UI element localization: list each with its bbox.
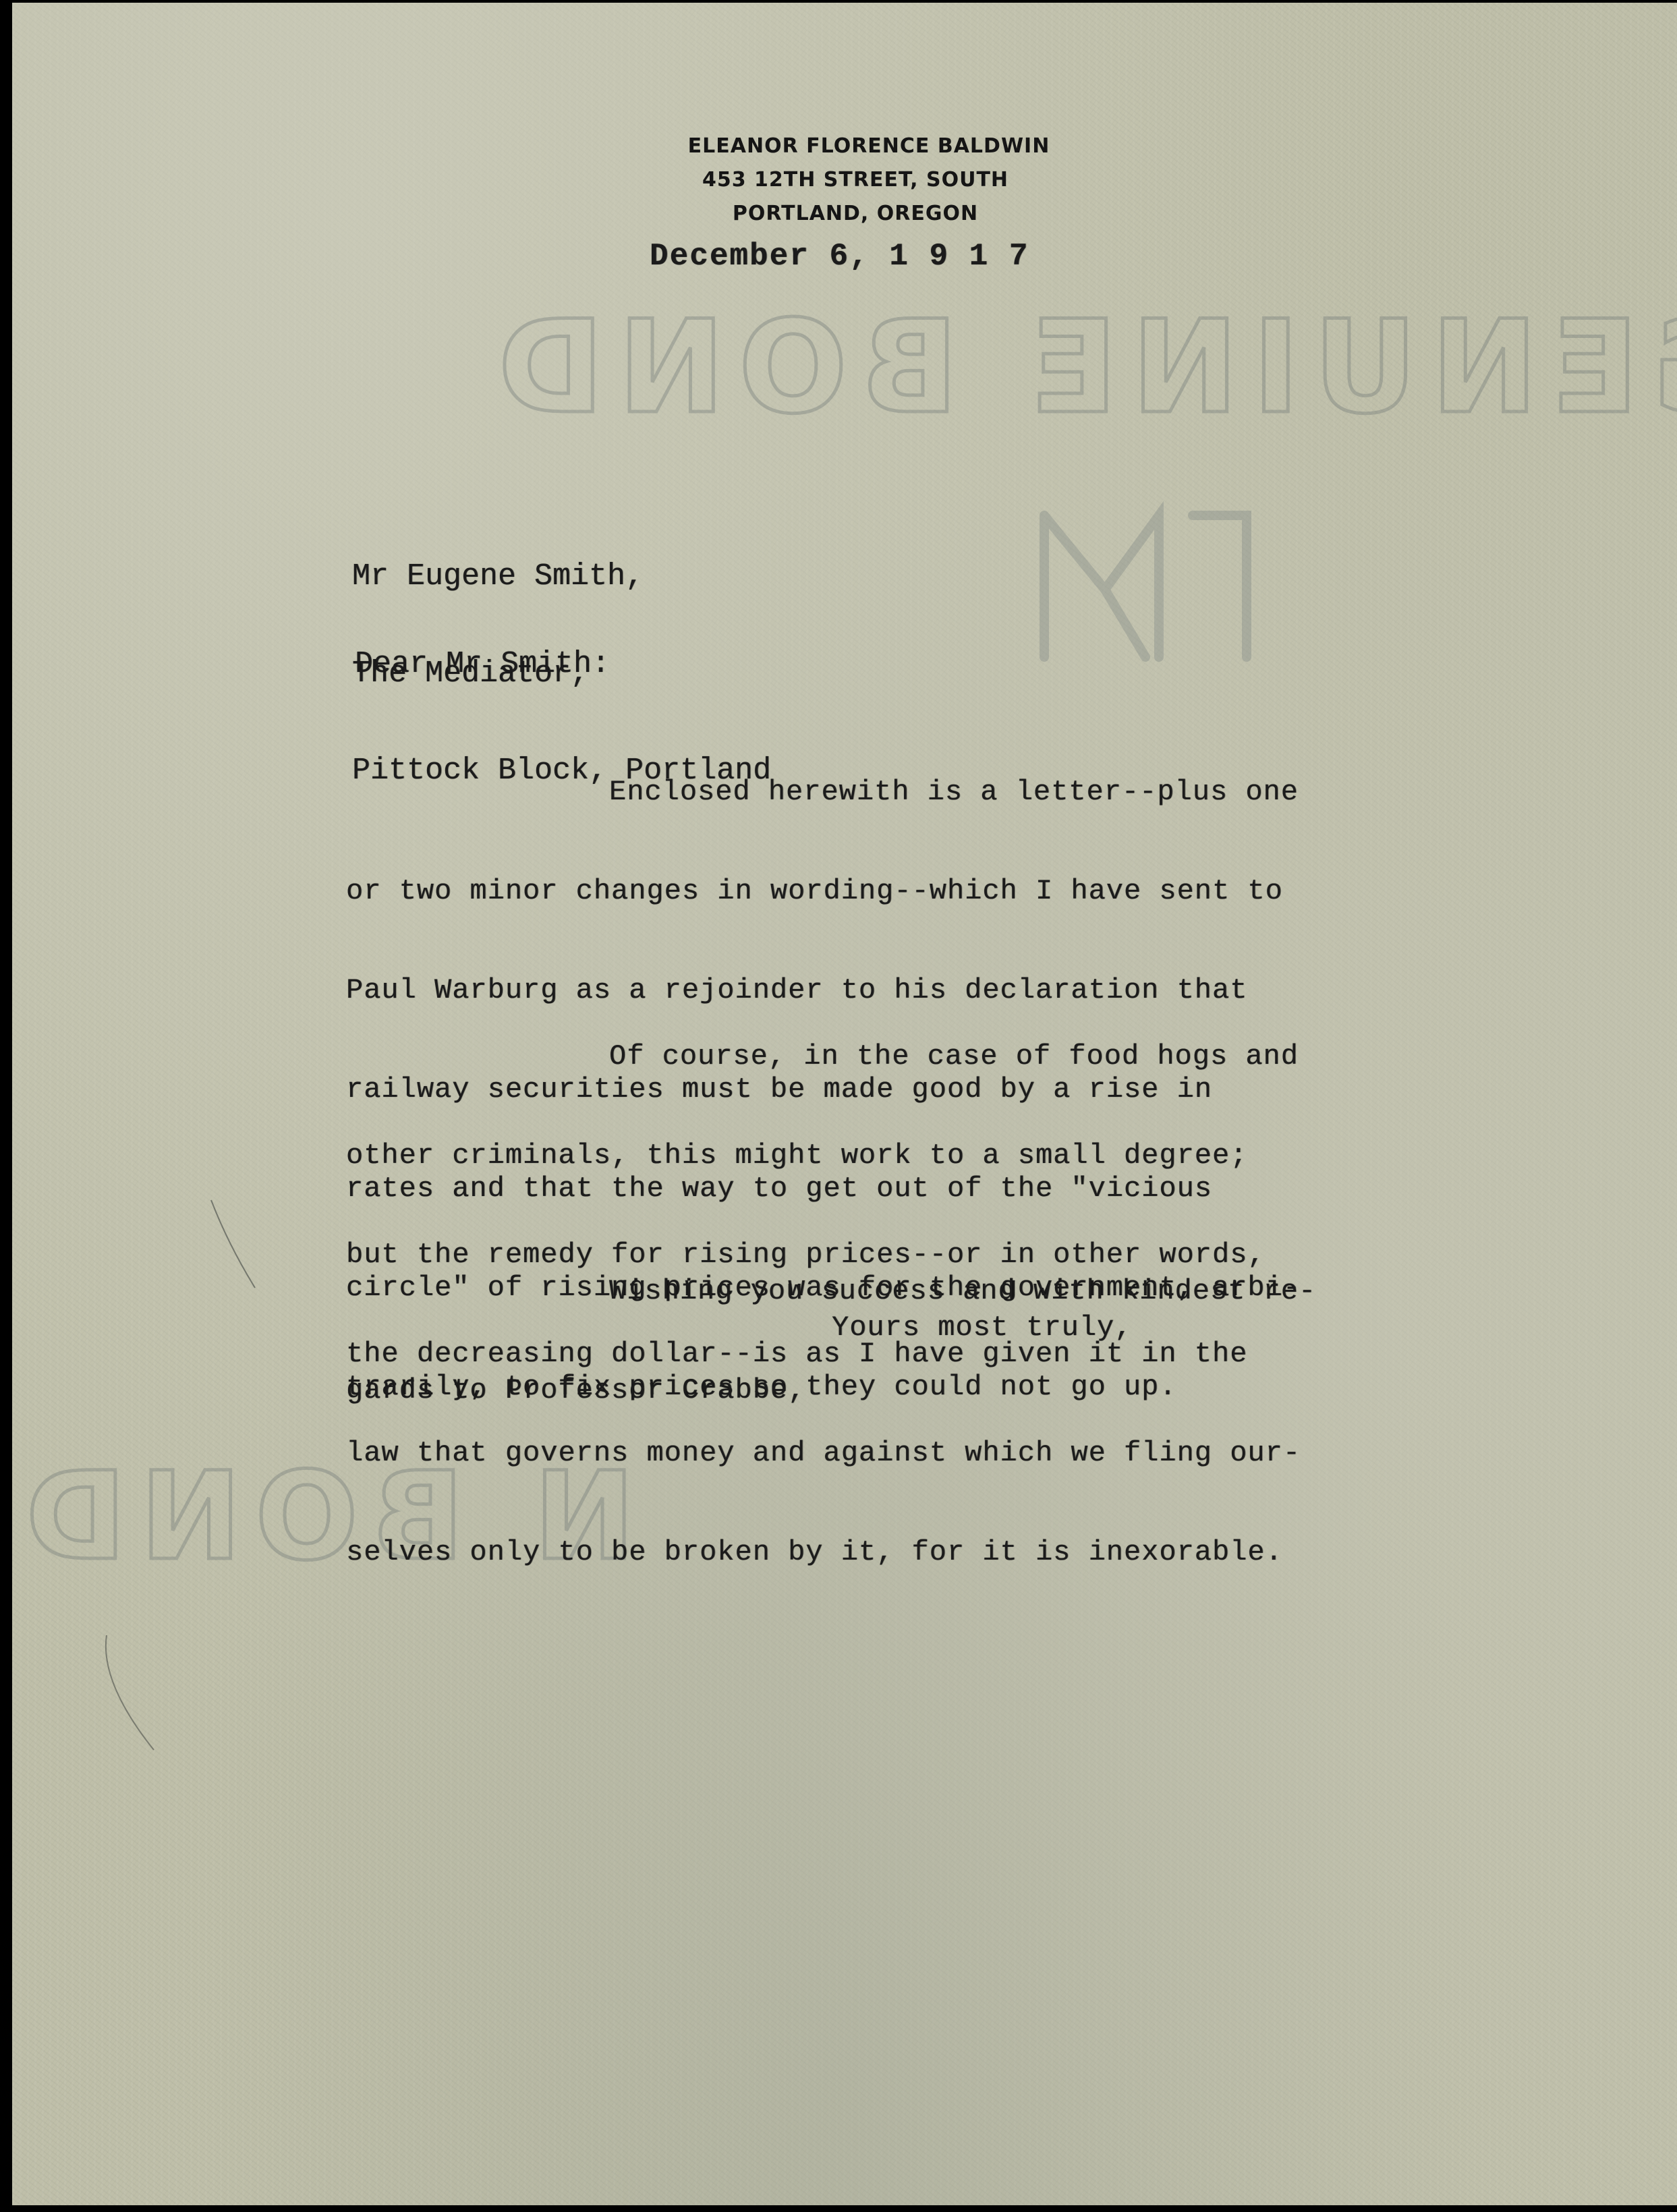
salutation: Dear Mr Smith: [355, 647, 610, 681]
recipient-line: Mr Eugene Smith, [352, 561, 771, 592]
letterhead: ELEANOR FLORENCE BALDWIN 453 12TH STREET… [619, 130, 1091, 231]
letterhead-name: ELEANOR FLORENCE BALDWIN [646, 130, 1091, 163]
paragraph-line: gards to Professor Crabbe, [346, 1374, 1316, 1407]
closing: Yours most truly, [832, 1311, 1132, 1344]
letterhead-city: PORTLAND, OREGON [619, 197, 1091, 231]
paragraph-line: Enclosed herewith is a letter--plus one [346, 776, 1301, 809]
paper-crease-mark [53, 1635, 201, 1757]
watermark-emblem-icon [1024, 488, 1267, 671]
letter-date: December 6, 1 9 1 7 [650, 239, 1029, 274]
watermark-top: GENUINE BOND [484, 293, 1677, 442]
paper-crease-mark [208, 1197, 262, 1291]
paragraph-line: selves only to be broken by it, for it i… [346, 1536, 1301, 1569]
paragraph-line: other criminals, this might work to a sm… [346, 1139, 1301, 1172]
letter-page: GENUINE BOND N BOND ELEANOR FLORENCE BAL… [12, 3, 1677, 2205]
paragraph-line: or two minor changes in wording--which I… [346, 875, 1301, 908]
letterhead-street: 453 12TH STREET, SOUTH [619, 163, 1091, 197]
paragraph-line: Of course, in the case of food hogs and [346, 1040, 1301, 1073]
paragraph-line: Wishing you success and with kindest re- [346, 1275, 1316, 1308]
